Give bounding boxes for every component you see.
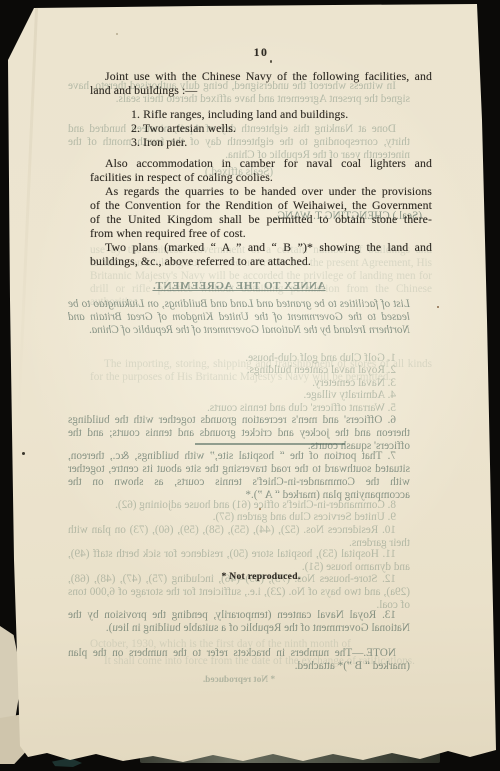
bleed-annex-items: 1. Golf Club and golf club-house. 2. Roy… <box>68 352 410 414</box>
bleed-footnote: * Not reproduced. <box>68 674 410 687</box>
paragraph-line: land and buildings :— <box>90 83 432 97</box>
torn-paper-fragment <box>52 758 82 767</box>
bleed-annex-item-7: 7. That portion of the “ hospital site,”… <box>68 450 410 502</box>
paragraph-line: As regards the quarries to be handed ove… <box>90 184 432 198</box>
bleed-underline <box>195 443 345 445</box>
bleed-note: NOTE.—The numbers in brackets refer to t… <box>68 647 410 673</box>
list-item: 2. Two artesian wells. <box>131 121 431 135</box>
bleed-annex-item: 3. Naval cemetery. <box>68 377 410 389</box>
ink-speck <box>437 306 439 308</box>
bleed-annex-item-9: 9. United Services Club and garden (57). <box>68 511 410 524</box>
paragraph-line: Two plans (marked “ A ” and “ B ”)* show… <box>90 240 432 254</box>
paragraph-line: Also accommodation in camber for naval c… <box>90 156 432 170</box>
paragraph-line: of the Convention for the Rendition of W… <box>90 198 432 212</box>
bleed-annex-intro: List of facilities to be granted and Lan… <box>68 298 410 337</box>
footnote: * Not reproduced. <box>90 570 432 584</box>
ink-speck <box>270 60 272 63</box>
bleed-annex-heading: ANNEX TO THE AGREEMENT. <box>68 280 410 293</box>
bleed-annex-item: 4. Admiralty village. <box>68 389 410 401</box>
scanned-document-page: { "colors":{ "background":"#0b0a08", "pa… <box>0 0 500 771</box>
paragraph-line: facilities in respect of coaling coolies… <box>90 170 432 184</box>
paragraph-line: from when required free of cost. <box>90 226 432 240</box>
bleed-annex-item: 5. Warrant officers' club and tennis cou… <box>68 402 410 414</box>
document-page: use by the Chinese Government of a certa… <box>0 0 500 771</box>
ink-speck <box>259 508 261 510</box>
bleed-annex-item-13: 13. Royal Naval canteen (temporarily, pe… <box>68 609 410 635</box>
paragraph-line: buildings, &c., above referred to are at… <box>90 254 432 268</box>
ink-speck <box>22 452 25 455</box>
list-item: 3. Iron pier. <box>131 135 431 149</box>
paragraph-line: of the United Kingdom shall be permitted… <box>90 212 432 226</box>
paragraph-line: Joint use with the Chinese Navy of the f… <box>90 69 432 83</box>
bleed-annex-item-10: 10. Residences Nos. (52), (44), (55), (5… <box>68 524 410 550</box>
bleed-annex-item: 1. Golf Club and golf club-house. <box>68 352 410 364</box>
page-number: 10 <box>90 45 432 59</box>
bleed-annex-item-6: 6. Officers' and men's recreation ground… <box>68 414 410 453</box>
list-item: 1. Rifle ranges, including land and buil… <box>131 107 431 121</box>
ink-speck <box>116 33 118 35</box>
bleed-annex-item: 2. Royal naval canteen buildings. <box>68 364 410 376</box>
bleed-annex-item-8: 8. Commander-in-Chief's office (61) and … <box>68 499 410 512</box>
